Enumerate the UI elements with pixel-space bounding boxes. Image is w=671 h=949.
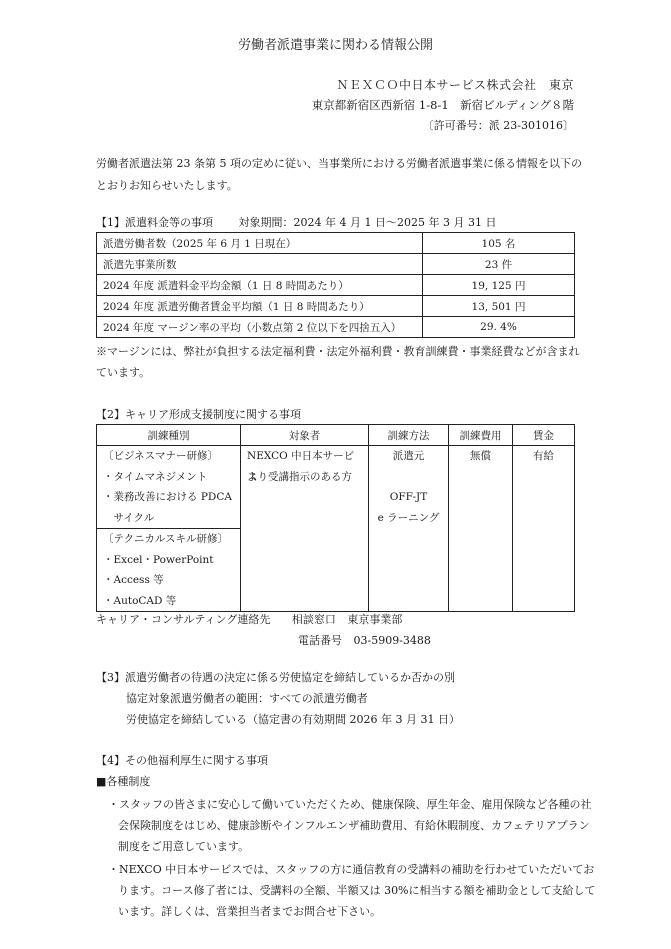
section4: 【4】その他福利厚生に関する事項 ■各種制度 ・スタッフの皆さまに安心して働いて…	[96, 750, 598, 922]
row-value: 19, 125 円	[423, 275, 575, 296]
training-item: ・業務改善における PDCA	[103, 487, 234, 508]
section4-heading: 【4】その他福利厚生に関する事項	[96, 750, 598, 771]
phone-number: 03-5909-3488	[354, 634, 431, 647]
section3-heading: 【3】派遣労働者の待遇の決定に係る労使協定を締結しているか否かの別	[96, 667, 460, 688]
section1-title: 【1】派遣料金等の事項	[96, 216, 213, 229]
row-label: 2024 年度 マージン率の平均（小数点第 2 位以下を四捨五入）	[97, 317, 423, 338]
method-line: e ラーニング	[375, 508, 442, 529]
row-value: 29. 4%	[423, 317, 575, 338]
target-line: NEXCO 中日本サービス	[247, 446, 362, 467]
table-row: 2024 年度 マージン率の平均（小数点第 2 位以下を四捨五入） 29. 4%	[97, 317, 575, 338]
contact-window: 東京事業部	[347, 613, 402, 626]
table-row: 〔ビジネスマナー研修〕 ・タイムマネジメント ・業務改善における PDCA サイ…	[97, 446, 575, 529]
margin-note: ※マージンには、弊社が負担する法定福利費・法定外福利費・教育訓練費・事業経費など…	[96, 341, 586, 383]
table-row: 2024 年度 派遣料金平均金額（1 日 8 時間あたり） 19, 125 円	[97, 275, 575, 296]
col-header-method: 訓練方法	[369, 425, 449, 446]
table-row: 派遣労働者数（2025 年 6 月 1 日現在） 105 名	[97, 233, 575, 254]
method-line: OFF-JT	[375, 487, 442, 508]
training-group-title: 〔テクニカルスキル研修〕	[103, 529, 234, 550]
col-header-target: 対象者	[241, 425, 369, 446]
training-group-title: 〔ビジネスマナー研修〕	[103, 446, 234, 467]
section4-subheading: ■各種制度	[96, 771, 598, 792]
row-label: 派遣労働者数（2025 年 6 月 1 日現在）	[97, 233, 423, 254]
wage-cell: 有給	[513, 446, 575, 612]
training-type-technical: 〔テクニカルスキル研修〕 ・Excel・PowerPoint ・Access 等…	[97, 529, 241, 612]
col-header-cost: 訓練費用	[449, 425, 513, 446]
section2-heading: 【2】キャリア形成支援制度に関する事項	[96, 406, 301, 422]
page-title: 労働者派遣事業に関わる情報公開	[0, 34, 671, 53]
col-header-training-type: 訓練種別	[97, 425, 241, 446]
row-label: 2024 年度 派遣労働者賃金平均額（1 日 8 時間あたり）	[97, 296, 423, 317]
section3-scope: 協定対象派遣労働者の範囲：すべての派遣労働者	[96, 688, 460, 709]
col-header-wage: 賃金	[513, 425, 575, 446]
training-type-business: 〔ビジネスマナー研修〕 ・タイムマネジメント ・業務改善における PDCA サイ…	[97, 446, 241, 529]
contact-label: キャリア・コンサルティング連絡先	[96, 613, 270, 626]
benefit-item: ・NEXCO 中日本サービスでは、スタッフの方に通信教育の受講料の補助を行わせて…	[96, 859, 598, 922]
section3-agreement: 労使協定を締結している（協定書の有効期間 2026 年 3 月 31 日）	[96, 709, 460, 730]
section3: 【3】派遣労働者の待遇の決定に係る労使協定を締結しているか否かの別 協定対象派遣…	[96, 667, 460, 730]
training-item: ・Access 等	[103, 570, 234, 591]
row-label: 2024 年度 派遣料金平均金額（1 日 8 時間あたり）	[97, 275, 423, 296]
intro-paragraph: 労働者派遣法第 23 条第 5 項の定めに従い、当事業所における労働者派遣事業に…	[96, 153, 586, 197]
target-line: より受講指示のある方	[247, 467, 362, 488]
contact-window-label: 相談窓口	[292, 613, 336, 626]
row-value: 13, 501 円	[423, 296, 575, 317]
company-address: 東京都新宿区西新宿 1-8-1 新宿ビルディング８階	[312, 97, 574, 113]
table-header-row: 訓練種別 対象者 訓練方法 訓練費用 賃金	[97, 425, 575, 446]
row-label: 派遣先事業所数	[97, 254, 423, 275]
table-row: 派遣先事業所数 23 件	[97, 254, 575, 275]
license-number: 〔許可番号：派 23-301016〕	[423, 117, 574, 133]
method-line: 派遣元	[375, 446, 442, 467]
training-item: ・Excel・PowerPoint	[103, 550, 234, 571]
phone-label: 電話番号	[298, 634, 342, 647]
career-support-table: 訓練種別 対象者 訓練方法 訓練費用 賃金 〔ビジネスマナー研修〕 ・タイムマネ…	[96, 424, 575, 612]
wage-value: 有給	[519, 446, 568, 467]
training-item: サイクル	[103, 508, 234, 529]
row-value: 105 名	[423, 233, 575, 254]
target-cell: NEXCO 中日本サービス より受講指示のある方	[241, 446, 369, 612]
table-row: 2024 年度 派遣労働者賃金平均額（1 日 8 時間あたり） 13, 501 …	[97, 296, 575, 317]
company-name: ＮＥＸＣＯ中日本サービス株式会社 東京	[336, 76, 574, 93]
benefit-item: ・スタッフの皆さまに安心して働いていただくため、健康保険、厚生年金、雇用保険など…	[96, 794, 598, 857]
method-line	[375, 467, 442, 488]
training-item: ・AutoCAD 等	[103, 591, 234, 612]
section1-period: 対象期間：2024 年 4 月 1 日～2025 年 3 月 31 日	[239, 216, 497, 229]
cost-value: 無償	[455, 446, 506, 467]
dispatch-fee-table: 派遣労働者数（2025 年 6 月 1 日現在） 105 名 派遣先事業所数 2…	[96, 232, 575, 338]
cost-cell: 無償	[449, 446, 513, 612]
section1-heading: 【1】派遣料金等の事項 対象期間：2024 年 4 月 1 日～2025 年 3…	[96, 214, 496, 230]
row-value: 23 件	[423, 254, 575, 275]
training-item: ・タイムマネジメント	[103, 467, 234, 488]
career-consulting-contact: キャリア・コンサルティング連絡先 相談窓口 東京事業部 電話番号 03-5909…	[96, 609, 431, 651]
method-cell: 派遣元 OFF-JT e ラーニング	[369, 446, 449, 612]
